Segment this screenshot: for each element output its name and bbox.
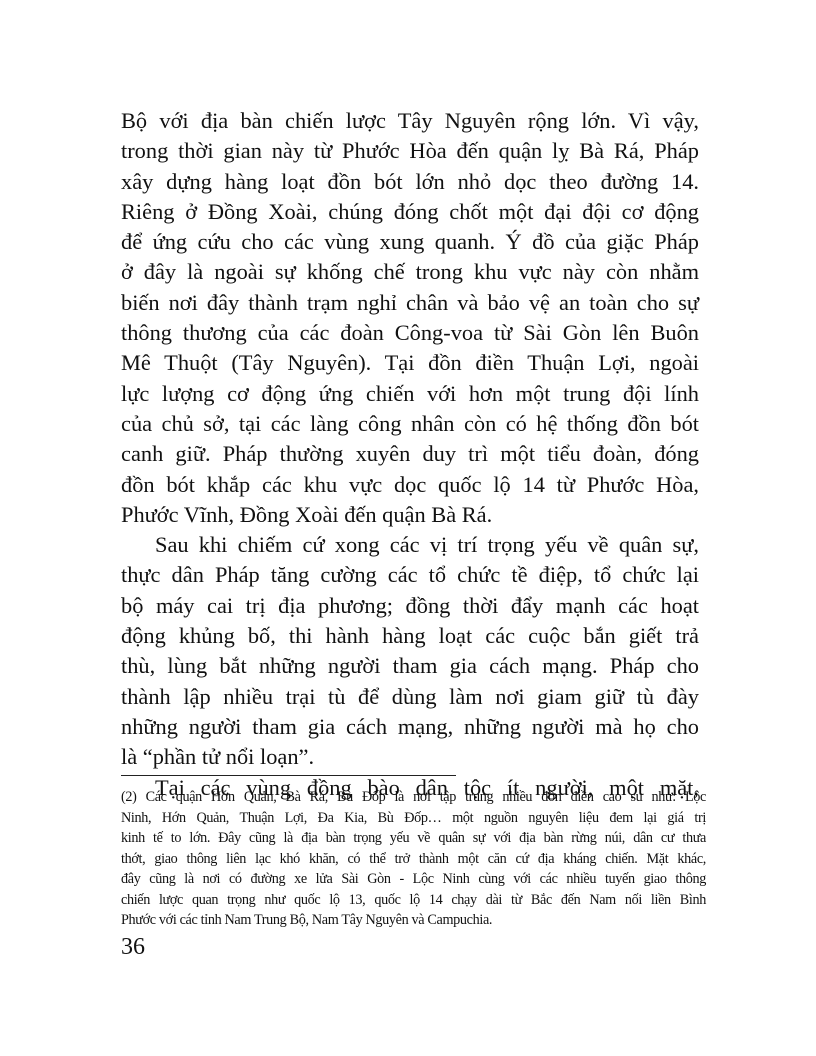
body-text: Bộ với địa bàn chiến lược Tây Nguyên rộn… xyxy=(121,106,699,803)
text-line: thông thương của các đoàn Công-voa từ Sà… xyxy=(121,318,699,348)
text-line: Mê Thuột (Tây Nguyên). Tại đồn điền Thuậ… xyxy=(121,348,699,378)
text-line: biến nơi đây thành trạm nghỉ chân và bảo… xyxy=(121,288,699,318)
text-line: những người tham gia cách mạng, những ng… xyxy=(121,712,699,742)
text-line: lực lượng cơ động ứng chiến với hơn một … xyxy=(121,379,699,409)
text-line: canh giữ. Pháp thường xuyên duy trì một … xyxy=(121,439,699,469)
footnote-line: (2) Các quận Hớn Quản, Bà Rá, Bù Đốp là … xyxy=(121,787,706,808)
footnote-divider xyxy=(121,775,456,776)
paragraph-start-line: Sau khi chiếm cứ xong các vị trí trọng y… xyxy=(121,530,699,560)
footnote-line: Phước với các tỉnh Nam Trung Bộ, Nam Tây… xyxy=(121,910,706,931)
text-line: thành lập nhiều trại tù để dùng làm nơi … xyxy=(121,682,699,712)
footnote-line: Ninh, Hớn Quản, Thuận Lợi, Đa Kia, Bù Đố… xyxy=(121,808,706,829)
text-line: động khủng bố, thi hành hàng loạt các cu… xyxy=(121,621,699,651)
text-line: để ứng cứu cho các vùng xung quanh. Ý đồ… xyxy=(121,227,699,257)
footnote-line: đây cũng là nơi có đường xe lửa Sài Gòn … xyxy=(121,869,706,890)
footnote-line: kinh tế to lớn. Đây cũng là địa bàn trọn… xyxy=(121,828,706,849)
text-line: Riêng ở Đồng Xoài, chúng đóng chốt một đ… xyxy=(121,197,699,227)
text-line: là “phần tử nổi loạn”. xyxy=(121,742,699,772)
footnote-line: thớt, giao thông liên lạc khó khăn, có t… xyxy=(121,849,706,870)
text-line: Bộ với địa bàn chiến lược Tây Nguyên rộn… xyxy=(121,106,699,136)
text-line: bộ máy cai trị địa phương; đồng thời đẩy… xyxy=(121,591,699,621)
text-line: thực dân Pháp tăng cường các tổ chức tề … xyxy=(121,560,699,590)
text-line: trong thời gian này từ Phước Hòa đến quậ… xyxy=(121,136,699,166)
text-line: Phước Vĩnh, Đồng Xoài đến quận Bà Rá. xyxy=(121,500,699,530)
footnote: (2) Các quận Hớn Quản, Bà Rá, Bù Đốp là … xyxy=(121,787,706,931)
page-number: 36 xyxy=(121,934,145,961)
text-line: xây dựng hàng loạt đồn bót lớn nhỏ dọc t… xyxy=(121,167,699,197)
text-line: của chủ sở, tại các làng công nhân còn c… xyxy=(121,409,699,439)
text-line: đồn bót khắp các khu vực dọc quốc lộ 14 … xyxy=(121,470,699,500)
text-line: thù, lùng bắt những người tham gia cách … xyxy=(121,651,699,681)
footnote-line: chiến lược quan trọng như quốc lộ 13, qu… xyxy=(121,890,706,911)
text-line: ở đây là ngoài sự khống chế trong khu vự… xyxy=(121,257,699,287)
book-page: Bộ với địa bàn chiến lược Tây Nguyên rộn… xyxy=(0,0,816,1056)
